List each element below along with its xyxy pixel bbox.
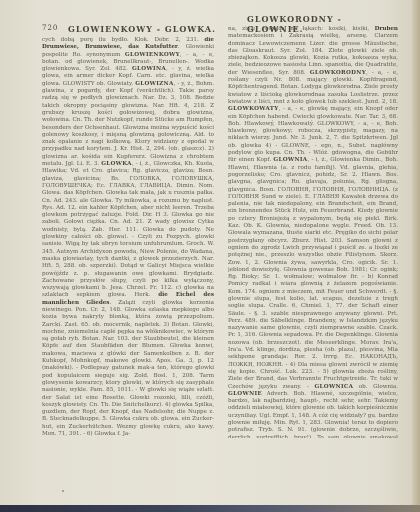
right-column: na, ziele, rosnąca na łąkach: kosiki, ki… — [228, 26, 398, 438]
entry-continuation: na, ziele, rosnąca na łąkach: kosiki, ki… — [228, 26, 398, 438]
headword: GLOWKOWATY — [228, 106, 279, 112]
headword: GLOWKA — [101, 161, 132, 167]
headword: GLOWINA — [132, 66, 166, 72]
headword: GLOWKORODNY — [310, 70, 366, 76]
headword: GLOWIZNA — [135, 81, 173, 87]
headword: GLOWNIE — [228, 391, 262, 397]
left-column: cych dobą porę ilu bydło. Klok. Dobr. 2,… — [42, 37, 214, 437]
scanned-page: 720 GLOWIENKOWY - GLOWKA. GLOWKORODNY - … — [0, 0, 412, 505]
paper-speck — [62, 490, 64, 492]
headword: GLOWNICA — [314, 384, 353, 390]
running-head-left: GLOWIENKOWY - GLOWKA. — [68, 24, 216, 34]
headword: GLOWIENKOWY — [125, 52, 180, 58]
page-number: 720 — [42, 24, 58, 32]
book-bottom-edge — [0, 505, 420, 512]
entry-glowienkowy: cych dobą porę ilu bydło. Klok. Dobr. 2,… — [42, 37, 214, 437]
page-edge-shadow — [412, 0, 420, 512]
headword: GLOWNIA — [273, 157, 307, 163]
